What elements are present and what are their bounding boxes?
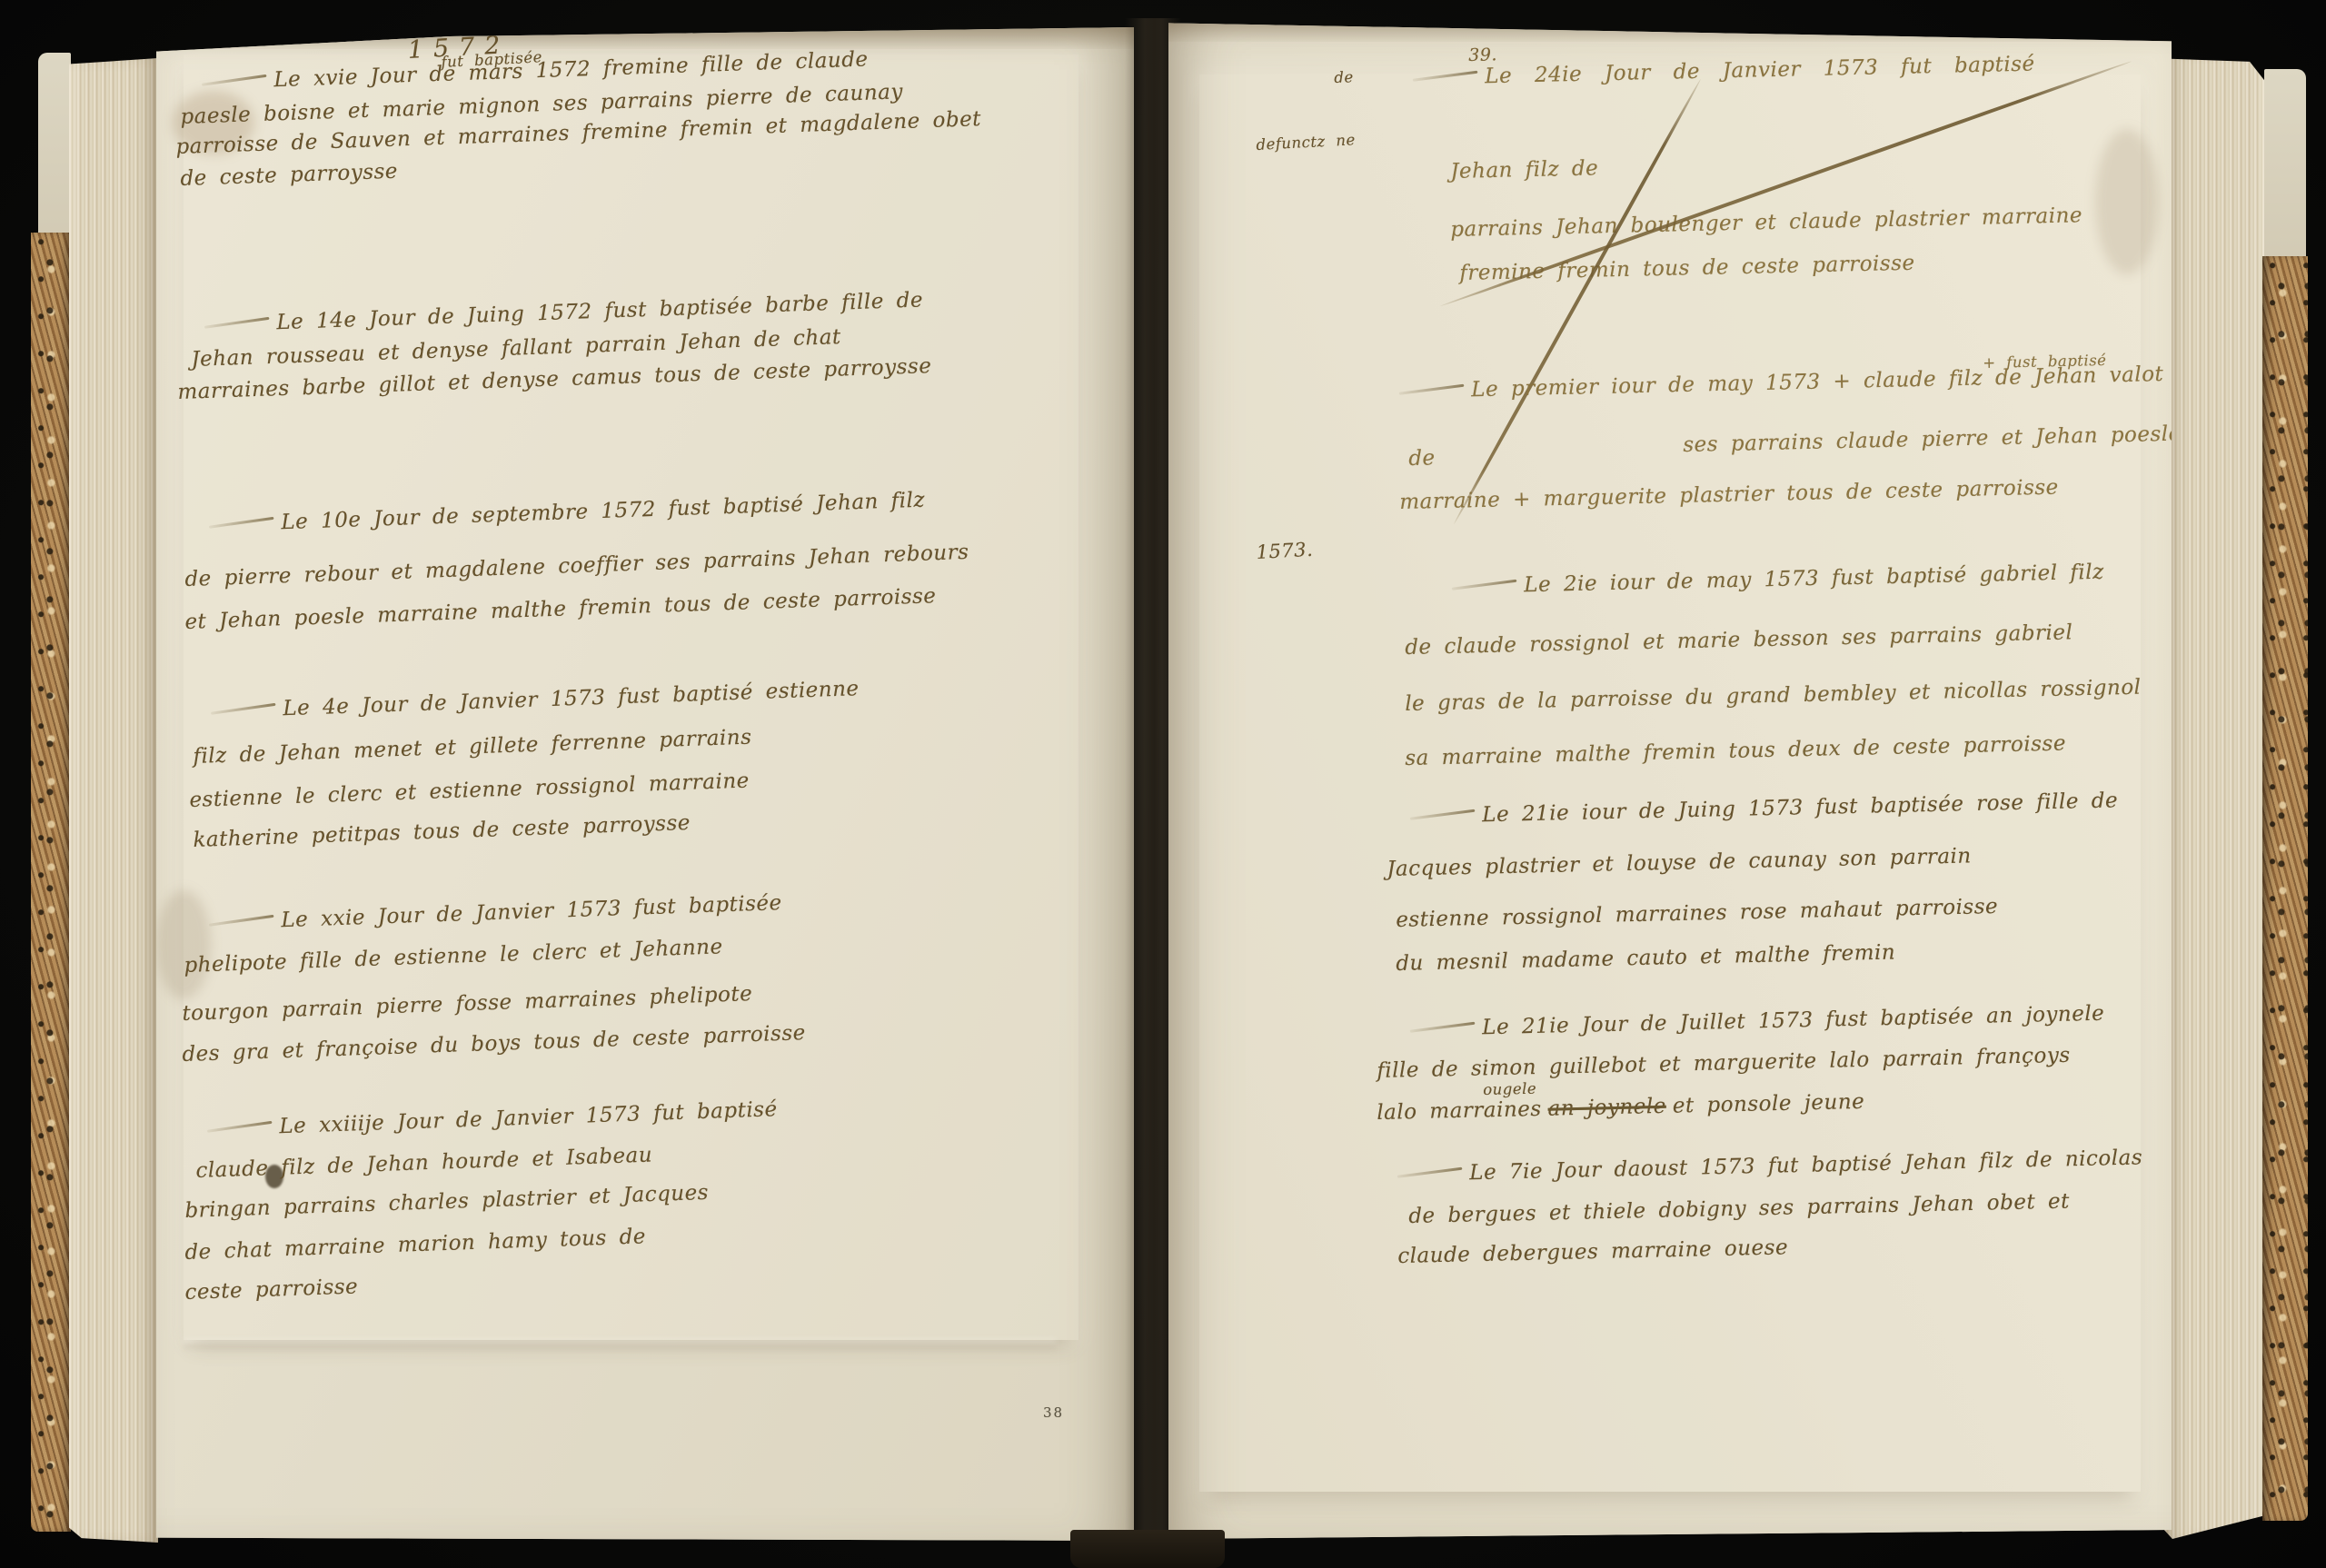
marbled-board-right (2262, 256, 2308, 1521)
page-top-shadow (156, 27, 1134, 49)
manuscript-line: Jehan filz de (1450, 156, 1599, 184)
interline-correction: ougele (1483, 1080, 1536, 1098)
text-block-step (184, 1339, 1056, 1348)
page-edge-stack-right (2164, 53, 2266, 1539)
line-segment: lalo marraines (1377, 1097, 1542, 1125)
manuscript-line: de (1408, 446, 1436, 471)
book-cover-edge-left (38, 53, 71, 243)
photo-background: 1572 fut baptisée Le xvie Jour de mars 1… (0, 0, 2326, 1568)
page-edge-stack-left (69, 58, 158, 1543)
margin-mark: de (1334, 68, 1354, 86)
margin-year: 1573. (1256, 539, 1314, 563)
book-cover-edge-right (2264, 69, 2306, 263)
page-number-left: 38 (1043, 1404, 1064, 1421)
right-page: 39. de defunctz ne Le 24ie Jour de Janvi… (1168, 20, 2172, 1539)
text-block-impression (1199, 74, 2141, 1492)
struck-word: an joynele (1547, 1095, 1666, 1121)
marbled-board-left (31, 233, 71, 1532)
binding-tail (1070, 1530, 1225, 1568)
page-top-shadow (1168, 20, 2172, 42)
line-segment: et ponsole jeune (1673, 1090, 1865, 1118)
page-number-right: 39. (1468, 45, 1497, 65)
left-page: 1572 fut baptisée Le xvie Jour de mars 1… (156, 27, 1134, 1541)
paper-stain (156, 890, 211, 999)
paper-stain (2095, 129, 2159, 274)
